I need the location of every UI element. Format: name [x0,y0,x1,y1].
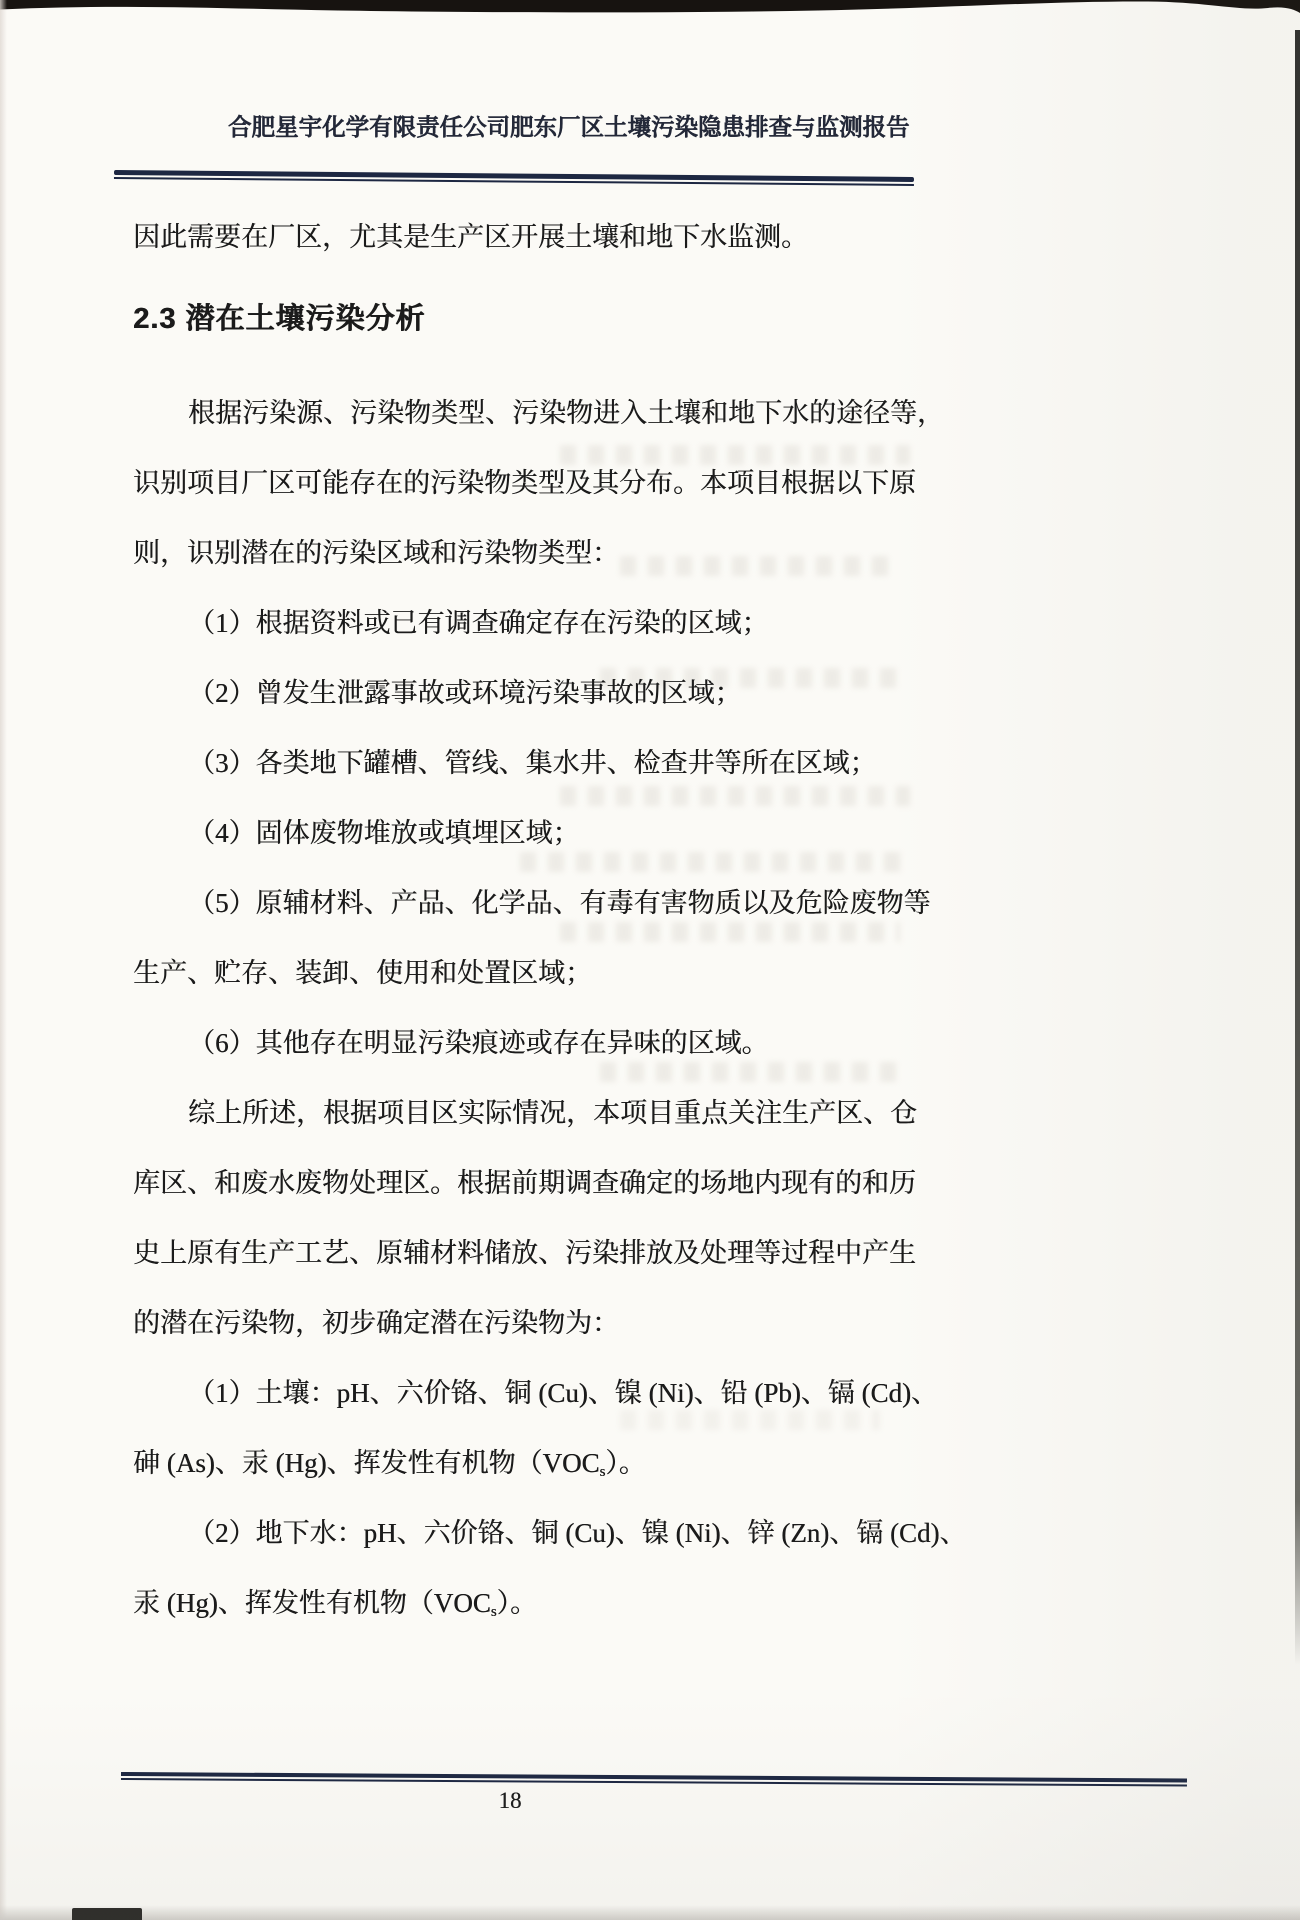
body-line: 生产、贮存、装卸、使用和处置区域； [133,938,915,1008]
list-item: （6）其他存在明显污染痕迹或存在异味的区域。 [133,1008,915,1078]
list-item: （1）根据资料或已有调查确定存在污染的区域； [133,588,915,658]
body-line: 则，识别潜在的污染区域和污染物类型： [133,518,915,588]
body-line: 史上原有生产工艺、原辅材料储放、污染排放及处理等过程中产生 [133,1218,915,1288]
list-item: （3）各类地下罐槽、管线、集水井、检查井等所在区域； [133,728,915,798]
body-line: 库区、和废水废物处理区。根据前期调查确定的场地内现有的和历 [133,1148,915,1218]
scan-bottom-edge [0,1905,1300,1920]
list-item: （4）固体废物堆放或填埋区域； [133,798,915,868]
body-line: 识别项目厂区可能存在的污染物类型及其分布。本项目根据以下原 [133,448,915,518]
body-line: 综上所述，根据项目区实际情况，本项目重点关注生产区、仓 [133,1078,915,1148]
body-line: 的潜在污染物，初步确定潜在污染物为： [133,1288,915,1358]
document-body: 因此需要在厂区，尤其是生产区开展土壤和地下水监测。 2.3 潜在土壤污染分析 根… [133,202,915,1638]
scanned-report-page: 合肥星宇化学有限责任公司肥东厂区土壤污染隐患排查与监测报告 因此需要在厂区，尤其… [0,0,1300,1920]
scan-right-edge [1295,30,1300,1665]
body-line: 砷 (As)、汞 (Hg)、挥发性有机物（VOCs）。 [133,1428,915,1498]
list-item: （2）曾发生泄露事故或环境污染事故的区域； [133,658,915,728]
list-item: （2）地下水：pH、六价铬、铜 (Cu)、镍 (Ni)、锌 (Zn)、镉 (Cd… [133,1498,915,1568]
report-header-title: 合肥星宇化学有限责任公司肥东厂区土壤污染隐患排查与监测报告 [228,108,910,142]
body-line: 根据污染源、污染物类型、污染物进入土壤和地下水的途径等， [133,378,915,448]
scan-left-edge [0,0,7,1920]
footer-rule [121,1772,1187,1787]
list-item: （1）土壤：pH、六价铬、铜 (Cu)、镍 (Ni)、铅 (Pb)、镉 (Cd)… [133,1358,915,1428]
list-item: （5）原辅材料、产品、化学品、有毒有害物质以及危险废物等 [133,868,915,938]
scan-artifact [72,1908,142,1920]
page-number: 18 [0,1788,1020,1814]
body-line: 汞 (Hg)、挥发性有机物（VOCs）。 [133,1568,915,1638]
section-heading: 2.3 潜在土壤污染分析 [133,280,915,358]
header-rule [114,170,914,186]
scan-top-edge [0,0,1300,40]
body-line: 因此需要在厂区，尤其是生产区开展土壤和地下水监测。 [133,202,915,272]
